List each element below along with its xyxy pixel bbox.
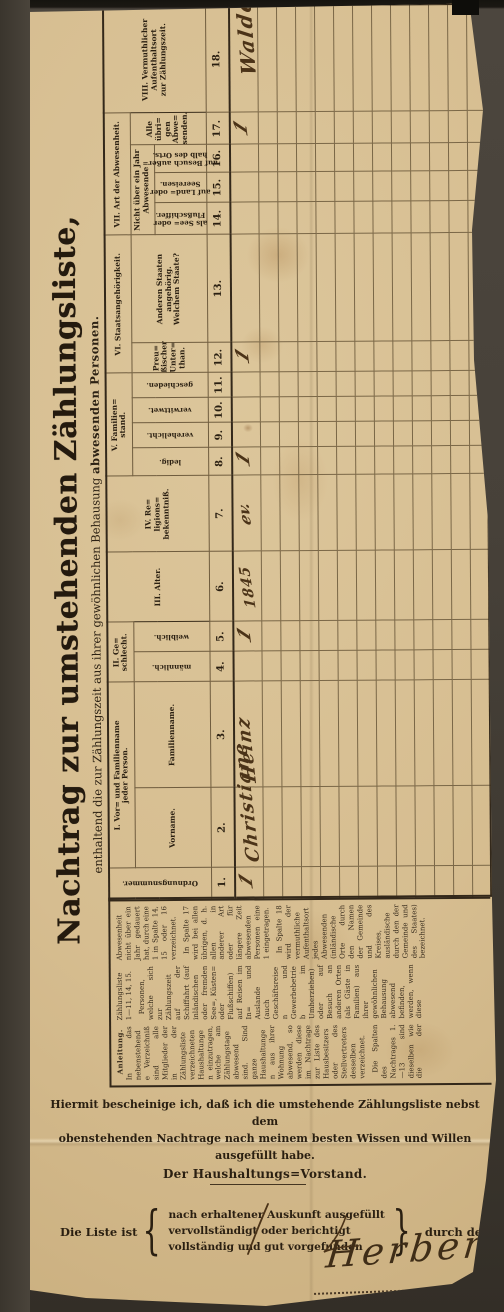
column-number: 11.: [208, 373, 232, 398]
entry-weiblich: 1: [233, 621, 261, 651]
instructions-paragraph: In Spalte 18 wird der vermuthliche Aufen…: [275, 904, 428, 959]
header-andere-staaten: Anderen Staaten angehörig. Welchem Staat…: [131, 235, 208, 344]
header-group-6: VI. Staatsangehörigkeit.: [105, 235, 132, 373]
header-verwittwet: verwittwet.: [132, 398, 208, 424]
header-group-3: III. Alter.: [107, 552, 209, 623]
header-group-1: I. Vor= und Familienname jeder Person.: [108, 682, 135, 868]
header-group-7: VII. Art der Abwesenheit.: [104, 113, 131, 235]
header-group-4: IV. Re= ligions= bekenntniß.: [106, 476, 209, 553]
header-ledig: ledig.: [132, 448, 208, 477]
instructions-paragraph: Anleitung. In das nebenstehende Verzeich…: [116, 1025, 367, 1081]
empty-cell: [320, 867, 339, 897]
column-number: 10.: [208, 398, 232, 423]
empty-cell: [231, 234, 260, 342]
instructions-lead: Anleitung.: [115, 1029, 124, 1074]
empty-cell: [230, 202, 258, 234]
entry-uebrige: 1: [230, 112, 258, 144]
entry-aufenthaltsort: Waldenburg: [229, 5, 258, 112]
empty-cell: [434, 866, 453, 896]
entry-vorname: Christiane: [234, 787, 263, 867]
header-besuch: auf Besuch außer= halb des Orts.: [154, 145, 206, 173]
entry-religion: ev.: [232, 475, 261, 551]
column-number: 8.: [208, 448, 232, 476]
header-maennlich: männlich.: [134, 652, 210, 683]
empty-cell: [232, 422, 260, 447]
column-number: 6.: [209, 552, 233, 622]
header-landreisen: auf Land= oder Seereisen.: [154, 173, 206, 203]
empty-cell: [472, 866, 491, 896]
header-familienname: Familienname.: [134, 682, 211, 789]
header-weiblich: weiblich.: [133, 622, 209, 653]
empty-cell: [358, 867, 377, 897]
column-number: 14.: [206, 203, 230, 235]
entry-familienname: Heinz: [234, 681, 263, 787]
entry-alter: 1845: [233, 551, 261, 621]
column-number: 13.: [207, 235, 232, 343]
certification-line-1: Hiermit bescheinige ich, daß ich die ums…: [50, 1098, 480, 1128]
entry-preussisch: 1: [231, 342, 259, 372]
empty-cell: [396, 866, 415, 896]
entry-ordnungsnummer: 1: [235, 867, 263, 897]
column-number: 7.: [208, 476, 233, 552]
form-subtitle-bold: abwesenden Personen.: [87, 316, 102, 475]
certification-line-2: obenstehenden Nachtrage nach meinem best…: [59, 1132, 472, 1162]
certification-text: Hiermit bescheinige ich, daß ich die ums…: [43, 1096, 487, 1164]
entry-ledig: 1: [232, 447, 260, 475]
column-number: 3.: [210, 682, 235, 788]
header-vorname: Vorname.: [134, 788, 211, 869]
signature-dotted-line: [314, 1287, 480, 1295]
column-number: 9.: [208, 423, 232, 448]
header-alle-uebrigen: Alle übri= gen Abwe= senden.: [130, 113, 206, 146]
empty-cell: [282, 867, 301, 897]
header-verehelicht: verehelicht.: [132, 423, 208, 449]
household-head-signature-line: [210, 1184, 306, 1185]
empty-cell: [415, 866, 434, 896]
form-subtitle: enthaltend die zur Zählungszeit aus ihre…: [87, 224, 106, 964]
column-number: 4.: [209, 652, 233, 682]
rotated-form: Nachtrag zur umstehenden Zählungsliste, …: [28, 5, 494, 1095]
form-title: Nachtrag zur umstehenden Zählungsliste,: [48, 245, 88, 945]
empty-cell: [232, 397, 260, 422]
empty-cell: [453, 866, 472, 896]
empty-cell: [377, 866, 396, 896]
household-head-label: Der Haushaltungs=Vorstand.: [43, 1167, 487, 1181]
column-number: 12.: [207, 343, 231, 373]
form-subtitle-text: enthaltend die zur Zählungszeit aus ihre…: [88, 478, 105, 874]
certification-section: Hiermit bescheinige ich, daß ich die ums…: [26, 1096, 504, 1181]
liste-label: Die Liste ist: [60, 1225, 137, 1239]
header-group-2: II. Ge= schlecht.: [107, 622, 133, 682]
empty-cell: [339, 867, 358, 897]
header-geschieden: geschieden.: [132, 373, 208, 399]
column-number: 5.: [209, 622, 233, 652]
empty-cell: [230, 144, 258, 172]
instructions-paragraph: In Spalte 17 wird bei allen übrigen, d. …: [182, 905, 272, 960]
empty-cell: [232, 372, 260, 397]
column-number: 1.: [211, 868, 235, 898]
instructions-block: Anleitung. In das nebenstehende Verzeich…: [108, 897, 491, 1088]
column-number: 2.: [210, 788, 235, 868]
column-number: 18.: [205, 6, 230, 113]
header-group-8: VIII. Vermuthlicher Aufenthaltsort zur Z…: [103, 6, 206, 114]
header-ordnungsnummer: Ordnungsnummer.: [109, 868, 211, 899]
instructions-text: In das nebenstehende Verzeichniß sind al…: [125, 1025, 366, 1080]
census-form-paper: Nachtrag zur umstehenden Zählungsliste, …: [26, 0, 504, 1312]
open-brace: {: [143, 1208, 161, 1255]
photo-backdrop: Nachtrag zur umstehenden Zählungsliste, …: [0, 0, 504, 1312]
empty-cell: [301, 867, 320, 897]
empty-cell: [263, 867, 282, 897]
header-group-5: V. Familien= stand.: [106, 373, 133, 476]
backdrop-clip: [452, 0, 479, 15]
census-table: Ordnungsnummer. I. Vor= und Familienname…: [102, 3, 492, 900]
empty-cell: [233, 651, 261, 681]
header-preussischer-unterthan: Preu= ßischer Unter= than.: [131, 343, 207, 374]
column-number: 17.: [206, 113, 230, 145]
empty-cell: [230, 172, 258, 202]
header-seeschiffer: als See= oder Flußschiffer.: [154, 203, 206, 235]
